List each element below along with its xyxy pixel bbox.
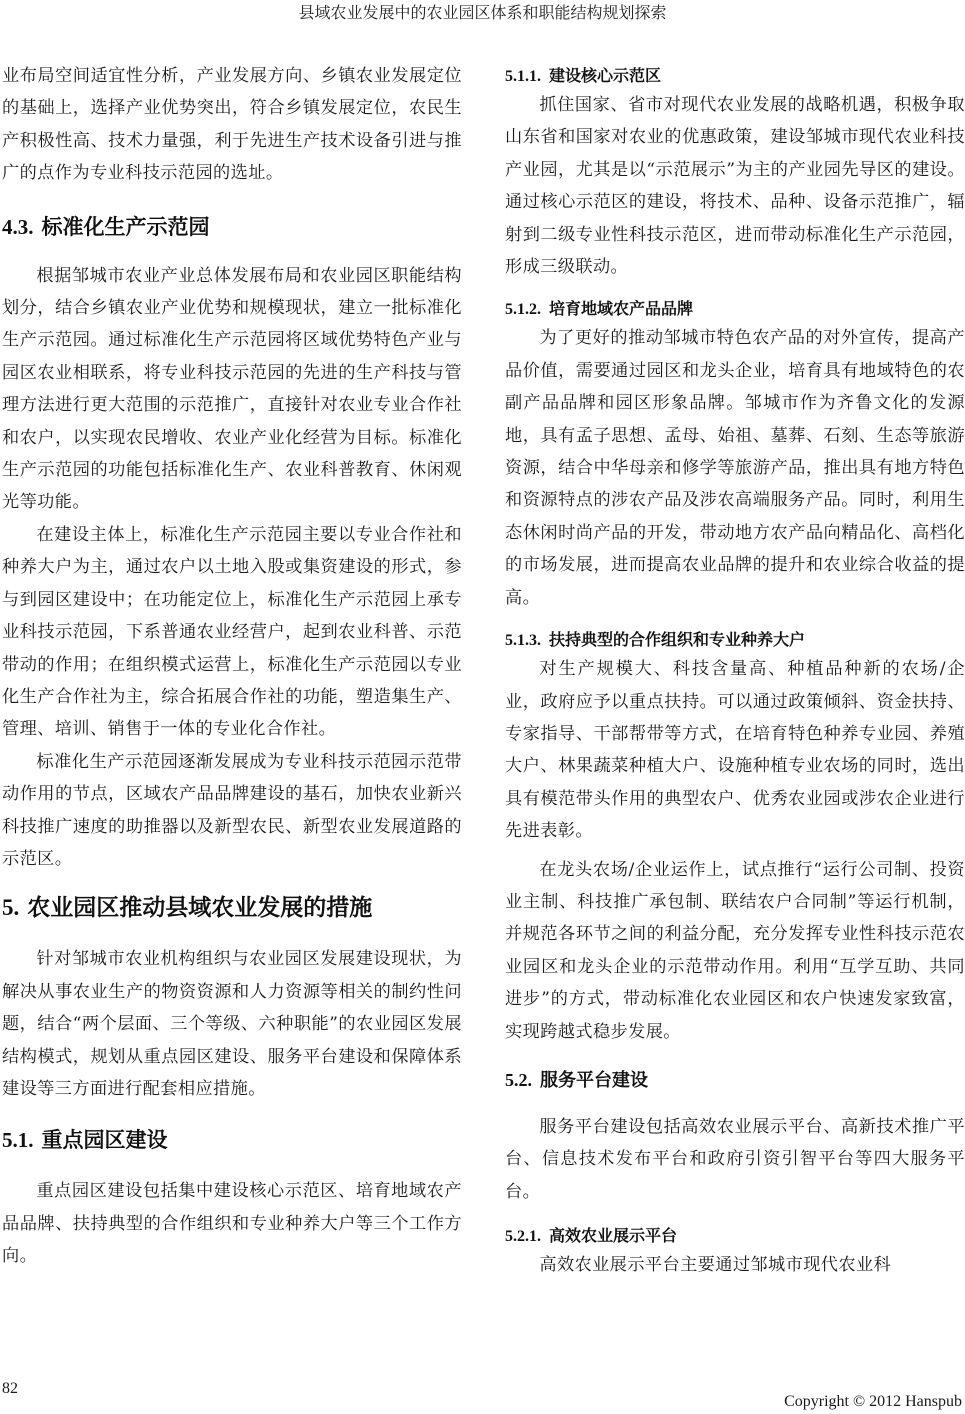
paragraph: 服务平台建设包括高效农业展示平台、高新技术推广平台、信息技术发布平台和政府引资引… [505, 1111, 965, 1208]
section-number: 5.1. [2, 1128, 34, 1152]
paragraph: 抓住国家、省市对现代农业发展的战略机遇，积极争取山东省和国家对农业的优惠政策，建… [505, 89, 965, 283]
subsection-heading-5-2-1: 5.2.1.高效农业展示平台 [505, 1224, 965, 1249]
left-column: 业布局空间适宜性分析，产业发展方向、乡镇农业发展定位的基础上，选择产业优势突出，… [2, 60, 462, 1273]
section-title: 服务平台建设 [540, 1070, 648, 1091]
paragraph-continued: 业布局空间适宜性分析，产业发展方向、乡镇农业发展定位的基础上，选择产业优势突出，… [2, 60, 462, 190]
page-number: 82 [2, 1380, 18, 1398]
paragraph: 在龙头农场/企业运作上，试点推行“运行公司制、投资业主制、科技推广承包制、联结农… [505, 854, 965, 1048]
section-title: 培育地域农产品品牌 [549, 299, 693, 318]
paragraph: 为了更好的推动邹城市特色农产品的对外宣传，提高产品价值，需要通过园区和龙头企业，… [505, 322, 965, 614]
section-number: 4.3. [2, 215, 34, 239]
right-column: 5.1.1.建设核心示范区 抓住国家、省市对现代农业发展的战略机遇，积极争取山东… [505, 60, 965, 1282]
section-title: 高效农业展示平台 [549, 1226, 677, 1245]
paragraph: 针对邹城市农业机构组织与农业园区发展建设现状，为解决从事农业生产的物资资源和人力… [2, 943, 462, 1105]
section-number: 5.2.1. [505, 1228, 541, 1245]
section-number: 5.2. [505, 1070, 532, 1090]
section-number: 5.1.1. [505, 68, 541, 85]
section-heading-5-2: 5.2.服务平台建设 [505, 1066, 965, 1095]
subsection-heading-5-1-2: 5.1.2.培育地域农产品品牌 [505, 297, 965, 322]
section-title: 扶持典型的合作组织和专业种养大户 [549, 630, 805, 649]
section-heading-5-1: 5.1.重点园区建设 [2, 1125, 462, 1155]
running-header: 县域农业发展中的农业园区体系和职能结构规划探索 [0, 2, 965, 24]
paragraph: 根据邹城市农业产业总体发展布局和农业园区职能结构划分，结合乡镇农业产业优势和规模… [2, 260, 462, 519]
section-heading-4-3: 4.3.标准化生产示范园 [2, 212, 462, 242]
subsection-heading-5-1-3: 5.1.3.扶持典型的合作组织和专业种养大户 [505, 628, 965, 653]
section-title: 重点园区建设 [42, 1128, 168, 1152]
subsection-heading-5-1-1: 5.1.1.建设核心示范区 [505, 64, 965, 89]
paragraph: 重点园区建设包括集中建设核心示范区、培育地域农产品品牌、扶持典型的合作组织和专业… [2, 1175, 462, 1272]
paragraph: 高效农业展示平台主要通过邹城市现代农业科 [505, 1249, 965, 1281]
paragraph: 标准化生产示范园逐渐发展成为专业科技示范园示范带动作用的节点，区域农产品品牌建设… [2, 746, 462, 876]
paragraph: 对生产规模大、科技含量高、种植品种新的农场/企业，政府应予以重点扶持。可以通过政… [505, 653, 965, 847]
section-title: 建设核心示范区 [549, 66, 661, 85]
paragraph: 在建设主体上，标准化生产示范园主要以专业合作社和种养大户为主，通过农户以土地入股… [2, 519, 462, 746]
copyright-notice: Copyright © 2012 Hanspub [784, 1393, 962, 1411]
section-number: 5.1.2. [505, 301, 541, 318]
section-number: 5. [2, 895, 19, 920]
section-title: 标准化生产示范园 [42, 215, 210, 239]
section-heading-5: 5.农业园区推动县域农业发展的措施 [2, 893, 462, 923]
section-number: 5.1.3. [505, 632, 541, 649]
section-title: 农业园区推动县域农业发展的措施 [27, 895, 372, 921]
